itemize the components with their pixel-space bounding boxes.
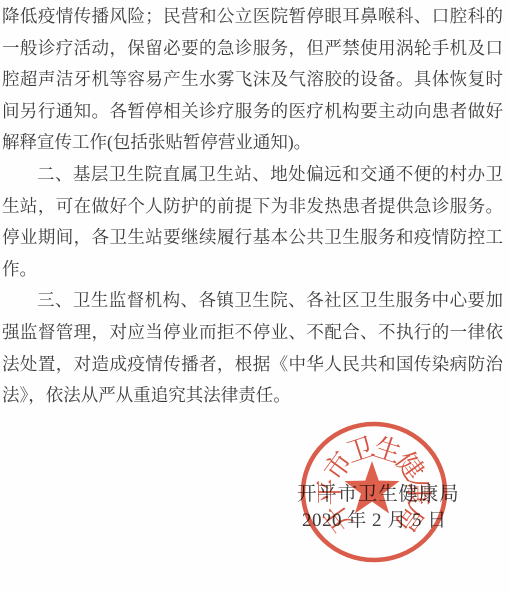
body-line: 强监督管理，对应当停业而拒不停业、不配合、不执行的一律依 [2,317,503,349]
body-line: 生站，可在做好个人防护的前提下为非发热患者提供急诊服务。 [2,191,503,223]
body-line: 法处置，对造成疫情传播者，根据《中华人民共和国传染病防治 [2,349,503,381]
body-line: 二、基层卫生院直属卫生站、地处偏远和交通不便的村办卫 [2,159,503,191]
body-line: 停业期间，各卫生站要继续履行基本公共卫生服务和疫情防控工 [2,222,503,254]
document-body: 降低疫情传播风险；民营和公立医院暂停眼耳鼻喉科、口腔科的 一般诊疗活动，保留必要… [0,0,509,412]
body-line: 间另行通知。各暂停相关诊疗服务的医疗机构要主动向患者做好 [2,96,503,128]
issue-date: 2020 年 2 月 5 日 [302,511,447,530]
issuer-signature: 开平市卫生健康局 [297,485,459,505]
body-line: 腔超声洁牙机等容易产生水雾飞沫及气溶胶的设备。具体恢复时 [2,64,503,96]
document-page: 降低疫情传播风险；民营和公立医院暂停眼耳鼻喉科、口腔科的 一般诊疗活动，保留必要… [0,0,509,591]
body-line: 法》，依法从严从重追究其法律责任。 [2,380,503,412]
seal-arc-char: 健 [390,446,430,485]
body-line: 三、卫生监督机构、各镇卫生院、各社区卫生服务中心要加 [2,285,503,317]
body-line: 降低疫情传播风险；民营和公立医院暂停眼耳鼻喉科、口腔科的 [2,1,503,33]
seal-arc-char: 卫 [343,432,378,469]
body-line: 一般诊疗活动，保留必要的急诊服务，但严禁使用涡轮手机及口 [2,33,503,65]
body-line: 作。 [2,254,503,286]
seal-arc-char: 市 [318,446,358,485]
seal-arc-char: 生 [370,432,405,469]
body-line: 解释宣传工作(包括张贴暂停营业通知)。 [2,127,503,159]
